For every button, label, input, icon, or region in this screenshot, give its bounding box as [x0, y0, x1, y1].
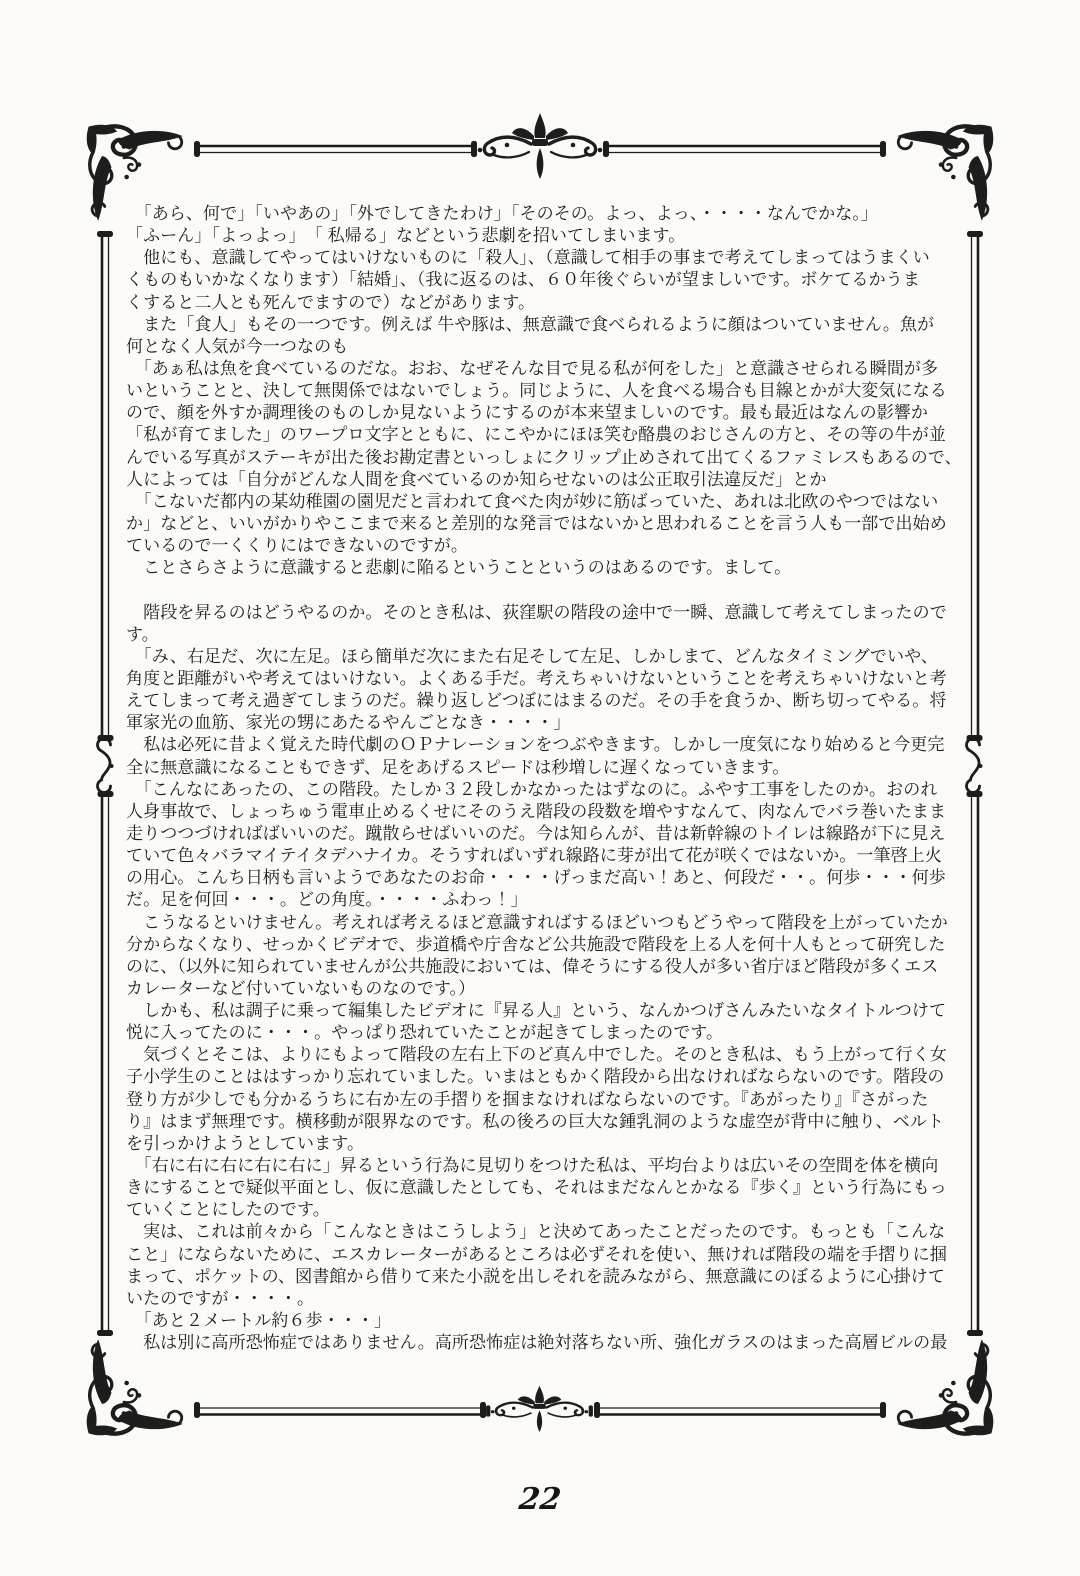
text-line: 階段を昇るのはどうやるのか。そのとき私は、荻窪駅の階段の途中で一瞬、意識して考え…: [126, 602, 972, 624]
top-center-crest-icon: [472, 113, 609, 179]
page-number: 22: [0, 1482, 1080, 1517]
text-line: いたのですが・・・・。: [126, 1288, 972, 1310]
text-line: 子小学生のことははすっかり忘れていました。いまはともかく階段から出なければならな…: [126, 1066, 972, 1088]
text-line: 私は必死に昔よく覚えた時代劇のＯＰナレーションをつぶやきます。しかし一度気になり…: [126, 734, 972, 756]
text-line: しかも、私は調子に乗って編集したビデオに『昇る人』という、なんかつげさんみたいな…: [126, 1000, 972, 1022]
text-line: こと」にならないために、エスカレーターがあるところは必ずそれを使い、無ければ階段…: [126, 1244, 972, 1266]
text-line: くものもいかなくなります）「結婚」、（我に返るのは、６０年後ぐらいが望ましいです…: [126, 269, 972, 291]
text-line: 角度と距離がいや考えてはいけない。よくある手だ。考えちゃいけないということを考え…: [126, 668, 972, 690]
text-line: 「私が育てました」のワープロ文字とともに、にこやかにほほ笑む酪農のおじさんの方と…: [126, 424, 972, 446]
scanned-page: 「あら、何で」「いやあの」「外でしてきたわけ」「そのその。よっ、よっ、・・・・な…: [0, 0, 1080, 1576]
text-line: 「ふーん」「よっよっ」 「 私帰る」などという悲劇を招いてしまいます。: [126, 225, 972, 247]
text-line: こうなるといけません。考えれば考えるほど意識すればするほどいつもどうやって階段を…: [126, 912, 972, 934]
text-line: 走りつつづければばいいのだ。蹴散らせばいいのだ。今は知らんが、昔は新幹線のトイレ…: [126, 823, 972, 845]
text-line: 気づくとそこは、よりにもよって階段の左右上下のど真ん中でした。そのとき私は、もう…: [126, 1044, 972, 1066]
text-line: [126, 579, 972, 601]
text-line: 人によっては「自分がどんな人間を食べているのか知らせないのは公正取引法違反だ」と…: [126, 469, 972, 491]
text-line: んでいる写真がステーキが出た後お勘定書といっしょにクリップ止めされて出てくるファ…: [126, 447, 972, 469]
text-line: いということと、決して無関係ではないでしょう。同じように、人を食べる場合も目線と…: [126, 380, 972, 402]
text-line: カレーターなど付いていないものなのです。）: [126, 978, 972, 1000]
text-line: だ。足を何回・・・。どの角度。・・・・ふわっ！」: [126, 889, 972, 911]
text-line: 登り方が少しでも分かるうちに右か左の手摺りを掴まなければならないのです。『あがっ…: [126, 1089, 972, 1111]
text-line: り』はまず無理です。横移動が限界なのです。私の後ろの巨大な鍾乳洞のような虚空が背…: [126, 1111, 972, 1133]
text-line: また「食人」もその一つです。例えば 牛や豚は、無意識で食べられるように顔はついて…: [126, 314, 972, 336]
text-line: 何となく人気が今一つなのも: [126, 336, 972, 358]
left-side-scroll-icon: [98, 735, 114, 797]
text-line: 人身事故で、しょっちゅう電車止めるくせにそのうえ階段の段数を増やすなんて、肉なん…: [126, 801, 972, 823]
text-line: 「あら、何で」「いやあの」「外でしてきたわけ」「そのその。よっ、よっ、・・・・な…: [126, 203, 972, 225]
text-line: えてしまって考え過ぎてしまうのだ。繰り返しどつぼにはまるのだ。その手を食うか、断…: [126, 690, 972, 712]
text-line: す。: [126, 624, 972, 646]
text-line: ことさらさように意識すると悲劇に陥るということというのはあるのです。まして。: [126, 557, 972, 579]
text-line: 悦に入ってたのに・・・。やっぱり恐れていたことが起きてしまったのです。: [126, 1022, 972, 1044]
text-line: 実は、これは前々から「こんなときはこうしよう」と決めてあったことだったのです。も…: [126, 1221, 972, 1243]
text-line: 軍家光の血筋、家光の甥にあたるやんごとなき・・・・」: [126, 712, 972, 734]
text-line: のに、（以外に知られていませんが公共施設においては、偉そうにする役人が多い省庁ほ…: [126, 956, 972, 978]
text-line: 「こんなにあったの、この階段。たしか３２段しかなかったはずなのに。ふやす工事をし…: [126, 779, 972, 801]
text-line: の用心。こんち日柄も言いようであなたのお命・・・・げっまだ高い！あと、何段だ・・…: [126, 867, 972, 889]
text-line: 「あと２メートル約６歩・・・」: [126, 1310, 972, 1332]
text-line: 「あぁ私は魚を食べているのだな。おお、なぜそんな目で見る私が何をした」と意識させ…: [126, 358, 972, 380]
text-line: くすると二人とも死んでますので）などがあります。: [126, 292, 972, 314]
text-line: 分からなくなり、せっかくビデオで、歩道橋や庁舎など公共施設で階段を上る人を何十人…: [126, 934, 972, 956]
text-line: ていくことにしたのです。: [126, 1199, 972, 1221]
text-line: 「み、右足だ、次に左足。ほら簡単だ次にまた右足そして左足、しかしまて、どんなタイ…: [126, 646, 972, 668]
text-line: ているので一くくりにはできないのですが。: [126, 535, 972, 557]
text-line: きにすることで疑似平面とし、仮に意識したとしても、それはまだなんとかなる『歩く』…: [126, 1177, 972, 1199]
bottom-center-crest-icon: [486, 1386, 593, 1432]
text-line: 他にも、意識してやってはいけないものに「殺人」、（意識して相手の事まで考えてしま…: [126, 247, 972, 269]
text-line: 全に無意識になることもできず、足をあげるスピードは秒増しに遅くなっていきます。: [126, 757, 972, 779]
text-line: を引っかけようとしています。: [126, 1133, 972, 1155]
text-line: ていて色々バラマイテイタデハナイカ。そうすればいずれ線路に芽が出て花が咲くではな…: [126, 845, 972, 867]
text-line: 「こないだ都内の某幼稚園の園児だと言われて食べた肉が妙に筋ばっていた、あれは北欧…: [126, 491, 972, 513]
text-line: 私は別に高所恐怖症ではありません。高所恐怖症は絶対落ちない所、強化ガラスのはまっ…: [126, 1332, 972, 1354]
text-line: 「右に右に右に右に右に」昇るという行為に見切りをつけた私は、平均台よりは広いその…: [126, 1155, 972, 1177]
text-line: ので、顔を外すか調理後のものしか見ないようにするのが本来望ましいのです。最も最近…: [126, 402, 972, 424]
text-line: まって、ポケットの、図書館から借りて来た小説を出しそれを読みながら、無意識にのぼ…: [126, 1266, 972, 1288]
text-line: か」などと、いいがかりやここまで来ると差別的な発言ではないかと思われることを言う…: [126, 513, 972, 535]
page-text: 「あら、何で」「いやあの」「外でしてきたわけ」「そのその。よっ、よっ、・・・・な…: [126, 203, 972, 1354]
